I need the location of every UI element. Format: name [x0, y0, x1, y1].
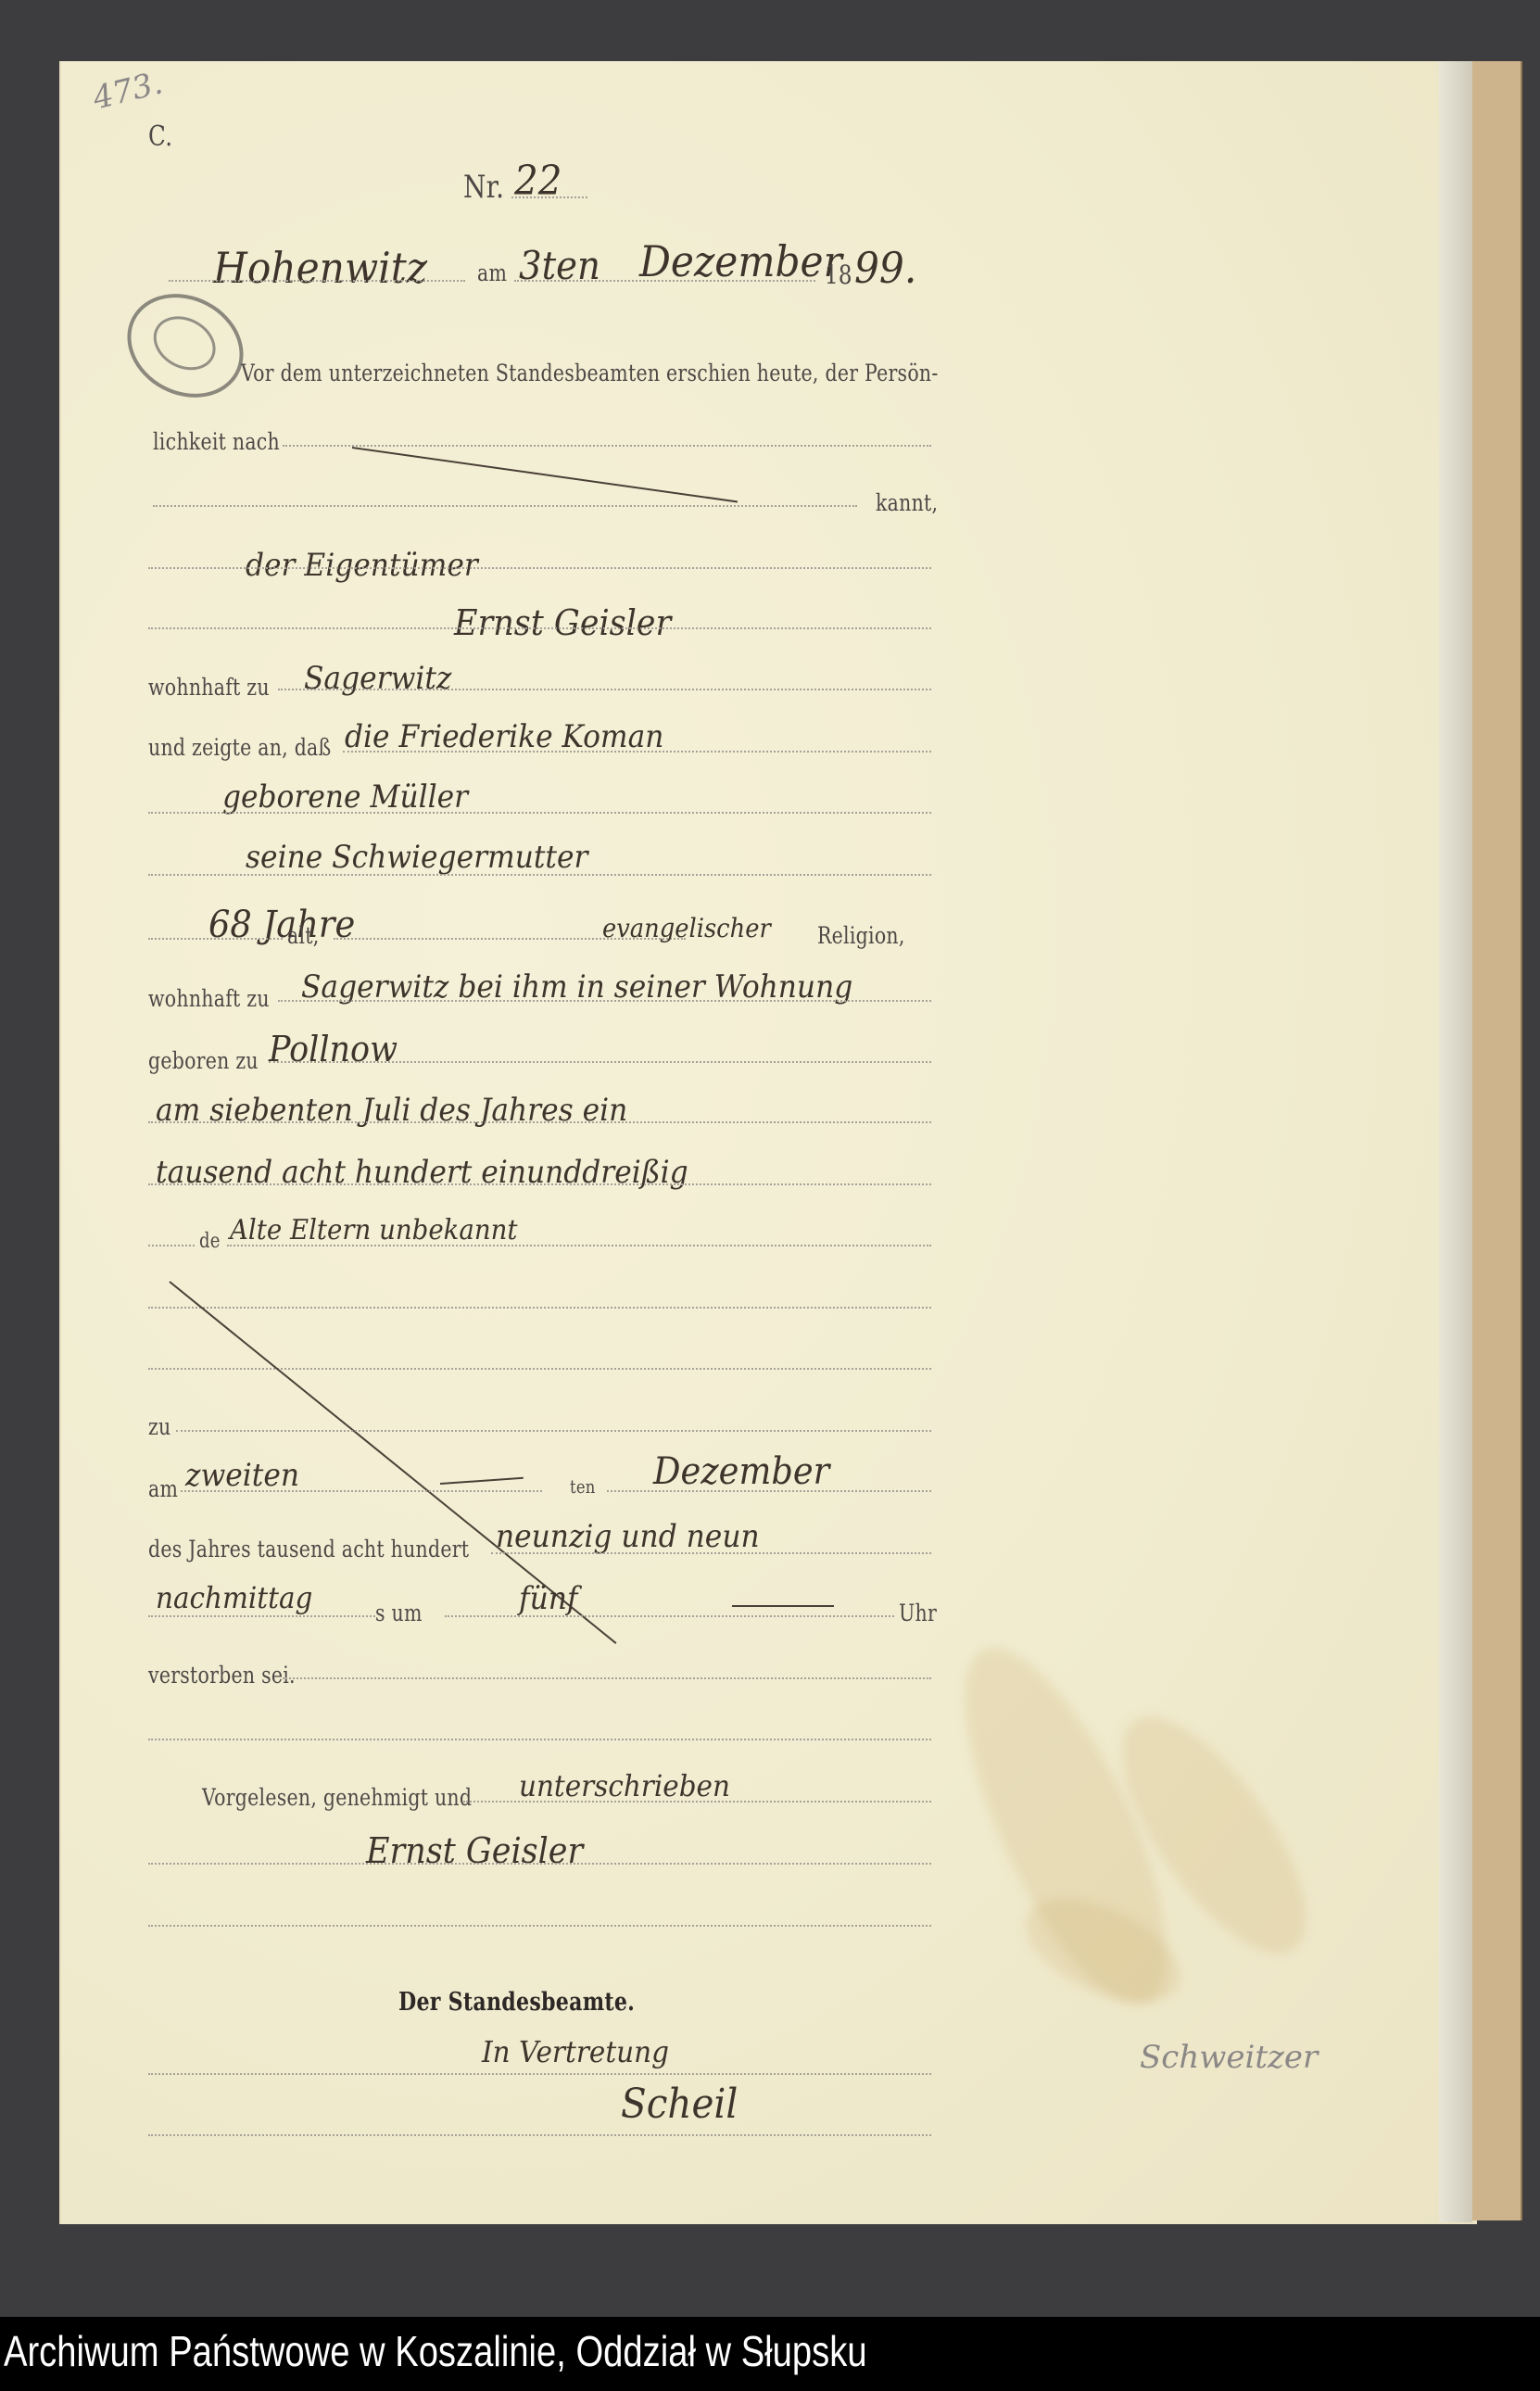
label-zu: zu	[148, 1413, 170, 1440]
deceased-name: die Friederike Koman	[345, 718, 663, 755]
form-line	[278, 1000, 931, 1002]
form-line	[463, 1801, 931, 1803]
archive-caption: Archiwum Państwowe w Koszalinie, Oddział…	[4, 2326, 867, 2376]
form-line	[148, 1615, 375, 1617]
label-ten: ten	[570, 1475, 596, 1498]
place-line	[169, 280, 465, 282]
informant-signature: Ernst Geisler	[366, 1830, 583, 1871]
form-line	[148, 2134, 931, 2136]
form-line	[176, 1430, 931, 1432]
religion: evangelischer	[602, 913, 771, 943]
form-line	[181, 1490, 542, 1492]
label-wohnhaft-2: wohnhaft zu	[148, 985, 270, 1012]
place-name: Hohenwitz	[213, 243, 427, 293]
relation: seine Schwiegermutter	[246, 839, 587, 876]
label-geboren: geboren zu	[148, 1047, 259, 1074]
date-line	[514, 280, 815, 282]
date-month: Dezember	[639, 236, 842, 286]
marital-parents: Alte Eltern unbekannt	[230, 1214, 517, 1246]
binding-board	[1472, 61, 1522, 2220]
entry-number-line	[511, 196, 587, 198]
form-line	[148, 874, 931, 876]
intro-line-2: lichkeit nach	[153, 428, 280, 455]
label-de: de	[199, 1230, 221, 1253]
form-line	[148, 1368, 931, 1370]
label-am: am	[148, 1475, 178, 1502]
series-letter: C.	[148, 120, 172, 153]
informant-title: der Eigentümer	[246, 547, 478, 584]
form-line	[607, 1490, 931, 1492]
label-alt: alt,	[287, 922, 320, 949]
year-suffix: 99.	[854, 243, 916, 293]
form-line	[491, 1552, 931, 1554]
archive-caption-bar: Archiwum Państwowe w Koszalinie, Oddział…	[0, 2317, 1540, 2391]
birth-date-line-1: am siebenten Juli des Jahres ein	[156, 1092, 627, 1129]
form-line	[343, 751, 931, 753]
intro-line-3-end: kannt,	[876, 489, 938, 516]
birthplace: Pollnow	[269, 1029, 398, 1069]
label-s-um: s um	[375, 1600, 423, 1626]
page-gutter	[1439, 61, 1472, 2222]
deceased-birth-name: geborene Müller	[222, 778, 468, 816]
form-line	[148, 1307, 931, 1309]
date-prefix: am	[477, 259, 507, 286]
death-year-words: neunzig und neun	[496, 1518, 760, 1555]
label-verstorben: verstorben sei.	[148, 1662, 296, 1689]
form-line	[148, 1121, 931, 1123]
time-of-day: nachmittag	[156, 1580, 312, 1615]
form-line	[227, 1245, 931, 1246]
approval: unterschrieben	[519, 1768, 730, 1803]
death-month: Dezember	[653, 1450, 829, 1493]
label-standesbeamte: Der Standesbeamte.	[398, 1988, 635, 2017]
birth-date-line-2: tausend acht hundert einunddreißig	[156, 1154, 688, 1191]
form-line	[148, 567, 931, 569]
form-line	[153, 505, 857, 507]
form-line	[148, 1925, 931, 1927]
form-line	[148, 1245, 195, 1246]
registrar-note: In Vertretung	[482, 2034, 669, 2069]
informant-residence: Sagerwitz	[304, 660, 451, 697]
label-uhr: Uhr	[899, 1600, 937, 1626]
dash-stroke	[732, 1605, 834, 1607]
label-religion: Religion,	[817, 922, 905, 949]
form-line	[148, 938, 283, 940]
label-zeigte-an: und zeigte an, daß	[148, 734, 331, 761]
year-prefix: 18	[825, 259, 852, 290]
form-line	[278, 689, 931, 690]
form-line	[148, 1739, 931, 1740]
entry-number-label: Nr.	[463, 169, 504, 206]
age: 68 Jahre	[208, 904, 355, 946]
form-line	[148, 627, 931, 629]
form-line	[283, 1677, 931, 1679]
form-line	[148, 2073, 931, 2075]
label-vorgelesen: Vorgelesen, genehmigt und	[202, 1784, 472, 1811]
informant-name: Ernst Geisler	[454, 602, 671, 643]
form-line	[148, 1183, 931, 1185]
hour: fünf	[519, 1580, 577, 1617]
label-jahres: des Jahres tausend acht hundert	[148, 1536, 469, 1562]
pencil-margin-note: Schweitzer	[1140, 2039, 1318, 2076]
registrar-signature: Scheil	[621, 2081, 738, 2128]
label-wohnhaft-1: wohnhaft zu	[148, 674, 270, 701]
form-line	[445, 1615, 894, 1617]
form-line	[148, 812, 931, 814]
form-line	[269, 1061, 931, 1063]
death-day: zweiten	[185, 1457, 299, 1494]
intro-line-1: Vor dem unterzeichneten Standesbeamten e…	[241, 360, 939, 386]
form-line	[283, 445, 931, 447]
form-line	[148, 1863, 931, 1865]
